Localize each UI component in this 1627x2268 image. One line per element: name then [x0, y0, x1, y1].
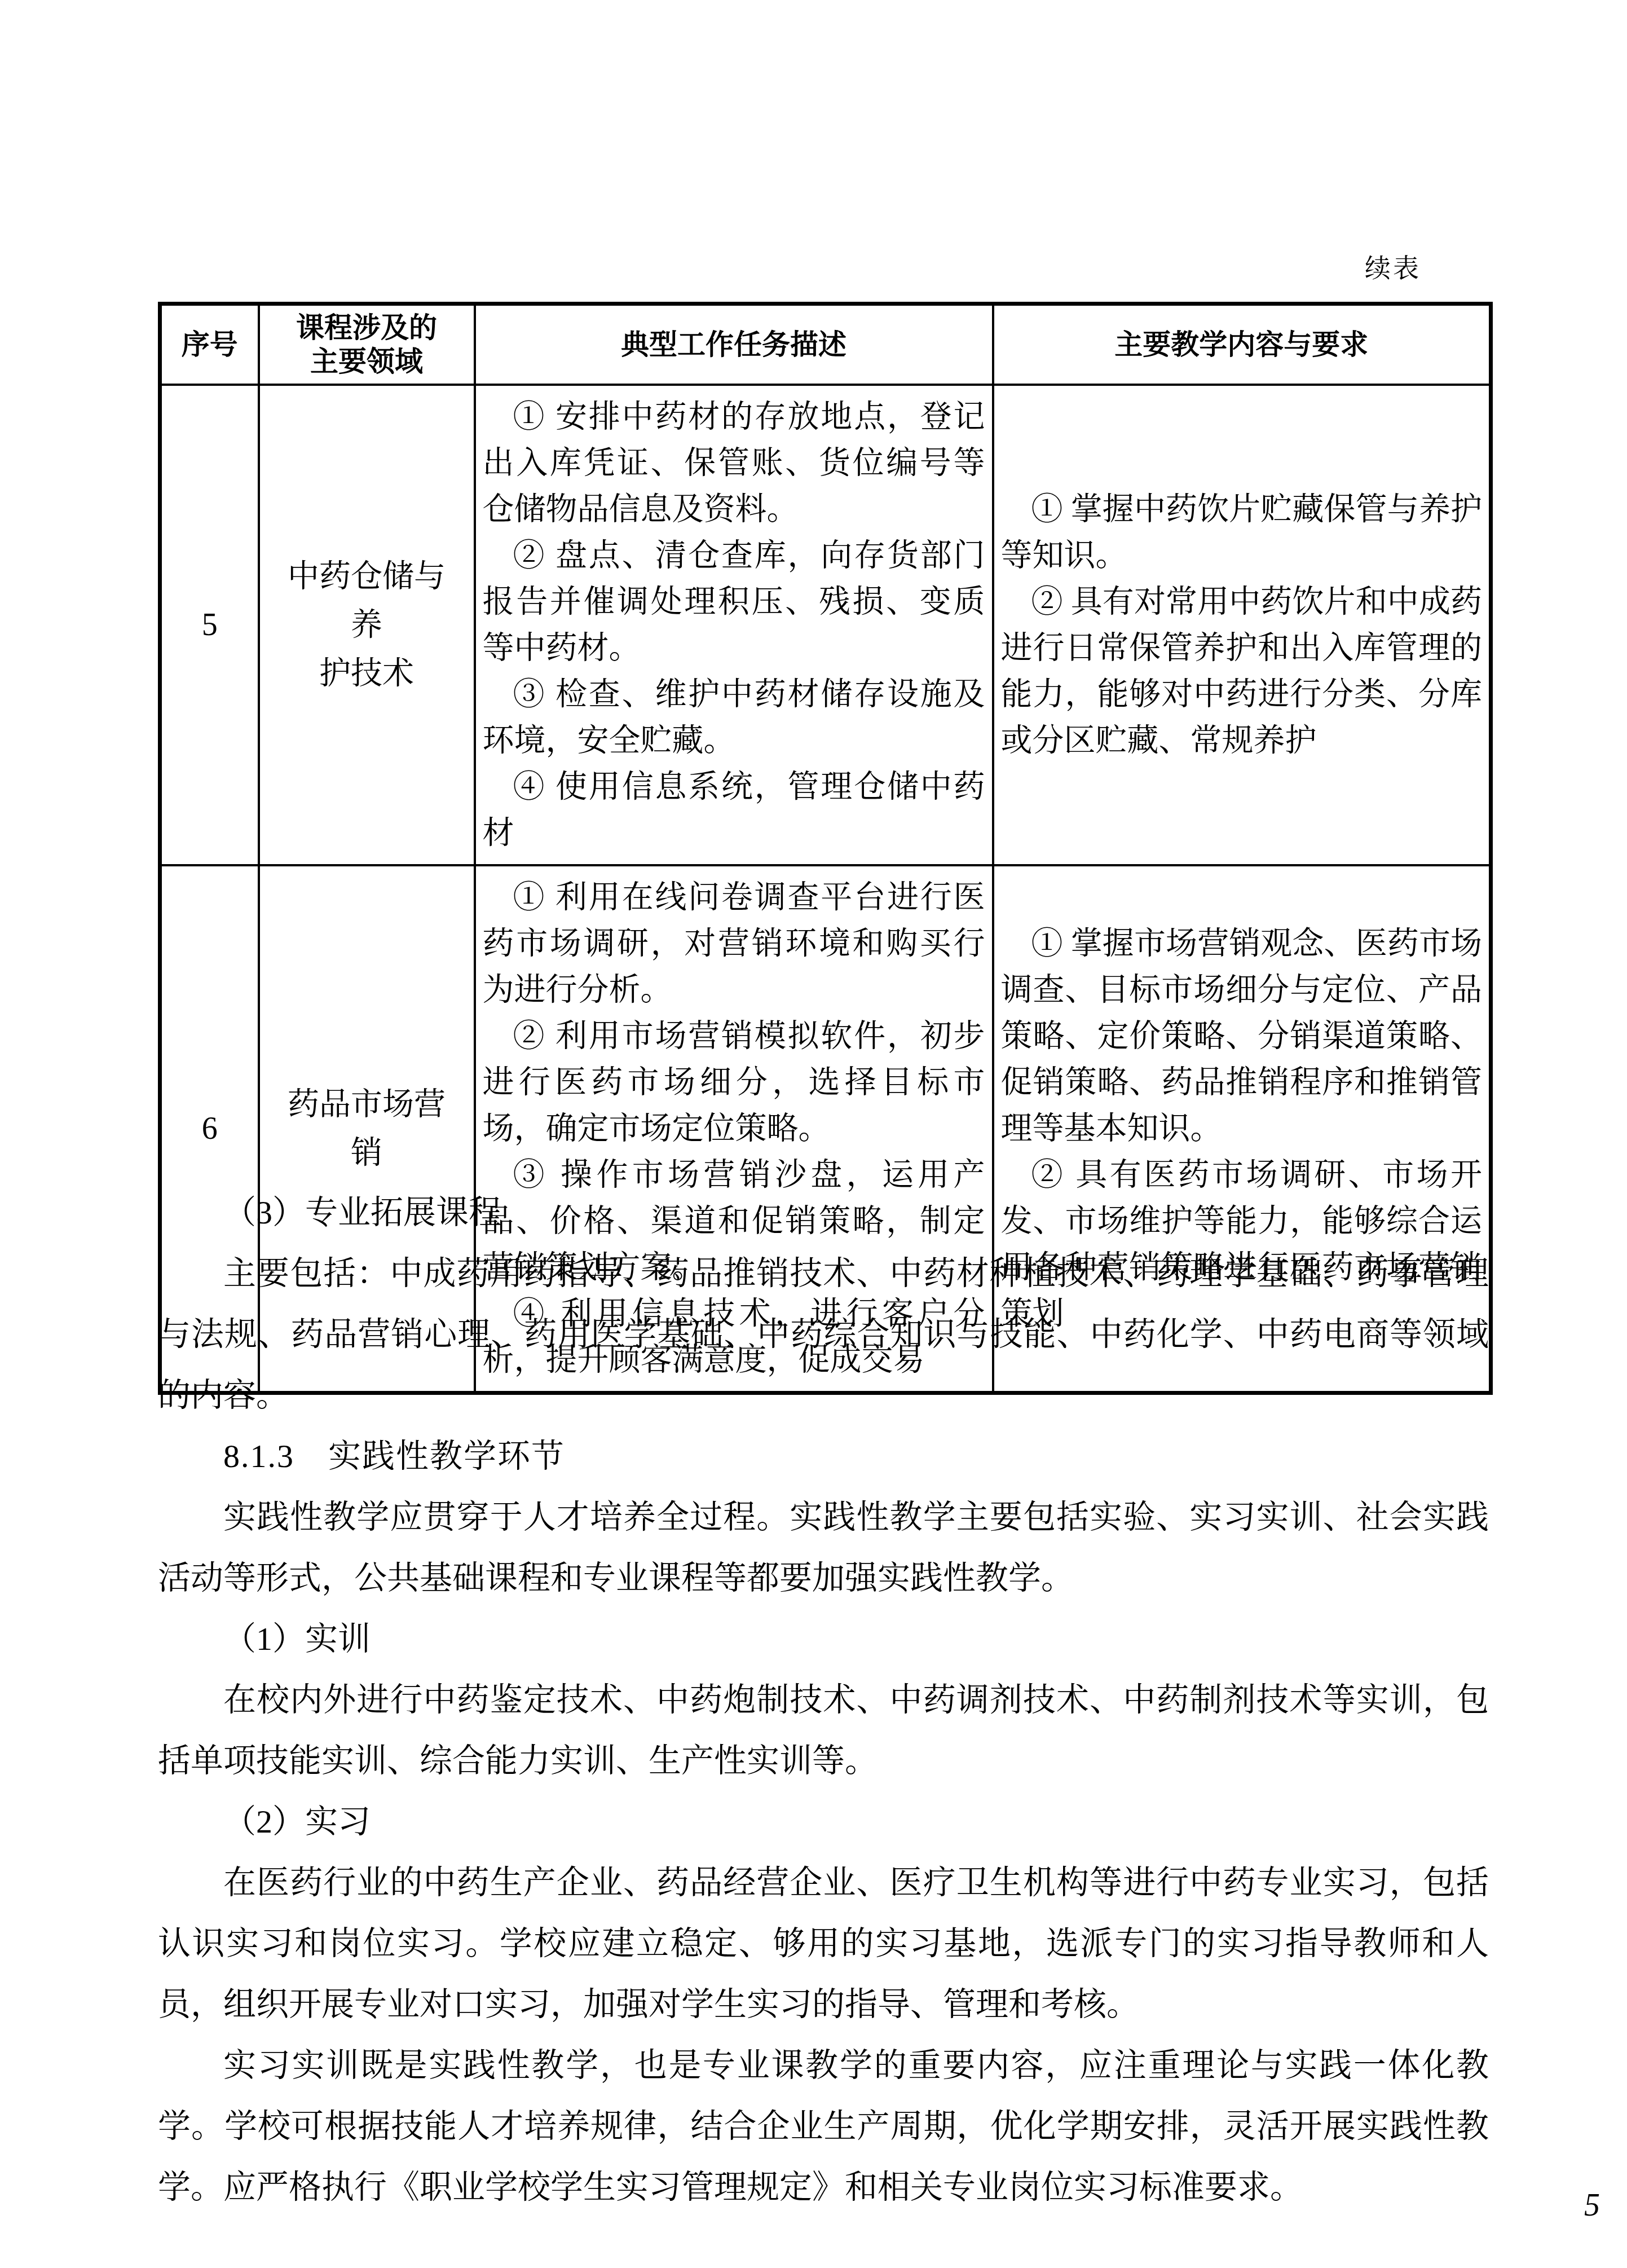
table-row: 5 中药仓储与养 护技术 ① 安排中药材的存放地点，登记出入库凭证、保管账、货位…: [160, 385, 1491, 865]
subsection-heading: （1）实训: [158, 1609, 1489, 1670]
header-typical-task: 典型工作任务描述: [475, 304, 993, 385]
row5-domain: 中药仓储与养 护技术: [259, 385, 475, 865]
table-header-row: 序号 课程涉及的 主要领域 典型工作任务描述 主要教学内容与要求: [160, 304, 1491, 385]
document-page: 续表 序号 课程涉及的 主要领域 典型工作任务描述: [0, 0, 1627, 2268]
requirement-item: ② 具有对常用中药饮片和中成药进行日常保管养护和出入库管理的能力，能够对中药进行…: [1001, 579, 1483, 764]
body-paragraph: 主要包括：中成药用药指导、药品推销技术、中药材种植技术、药理学基础、药事管理与法…: [158, 1243, 1489, 1426]
task-item: ② 盘点、清仓查库，向存货部门报告并催调处理积压、残损、变质等中药材。: [483, 532, 985, 671]
section-heading-8-1-3: 8.1.3 实践性教学环节: [158, 1426, 1489, 1487]
row5-requirements: ① 掌握中药饮片贮藏保管与养护等知识。 ② 具有对常用中药饮片和中成药进行日常保…: [993, 385, 1491, 865]
row5-serial: 5: [160, 385, 259, 865]
task-item: ② 利用市场营销模拟软件，初步进行医药市场细分，选择目标市场，确定市场定位策略。: [483, 1013, 985, 1152]
task-item: ③ 检查、维护中药材储存设施及环境，安全贮藏。: [483, 671, 985, 764]
task-item: ④ 使用信息系统，管理仓储中药材: [483, 764, 985, 856]
body-paragraph: 实习实训既是实践性教学，也是专业课教学的重要内容，应注重理论与实践一体化教学。学…: [158, 2035, 1489, 2218]
body-text: （3）专业拓展课程 主要包括：中成药用药指导、药品推销技术、中药材种植技术、药理…: [158, 1182, 1489, 2218]
header-course-domain: 课程涉及的 主要领域: [259, 304, 475, 385]
task-item: ① 安排中药材的存放地点，登记出入库凭证、保管账、货位编号等仓储物品信息及资料。: [483, 394, 985, 532]
subsection-heading: （3）专业拓展课程: [158, 1182, 1489, 1243]
body-paragraph: 实践性教学应贯穿于人才培养全过程。实践性教学主要包括实验、实习实训、社会实践活动…: [158, 1487, 1489, 1609]
header-teaching-content: 主要教学内容与要求: [993, 304, 1491, 385]
body-paragraph: 在校内外进行中药鉴定技术、中药炮制技术、中药调剂技术、中药制剂技术等实训，包括单…: [158, 1670, 1489, 1791]
task-item: ① 利用在线问卷调查平台进行医药市场调研，对营销环境和购买行为进行分析。: [483, 874, 985, 1013]
body-paragraph: 在医药行业的中药生产企业、药品经营企业、医疗卫生机构等进行中药专业实习，包括认识…: [158, 1852, 1489, 2035]
row5-tasks: ① 安排中药材的存放地点，登记出入库凭证、保管账、货位编号等仓储物品信息及资料。…: [475, 385, 993, 865]
subsection-heading: （2）实习: [158, 1791, 1489, 1852]
header-serial-number: 序号: [160, 304, 259, 385]
page-number: 5: [1584, 2187, 1600, 2223]
requirement-item: ① 掌握市场营销观念、医药市场调查、目标市场细分与定位、产品策略、定价策略、分销…: [1001, 921, 1483, 1152]
requirement-item: ① 掌握中药饮片贮藏保管与养护等知识。: [1001, 486, 1483, 579]
continuation-table-label: 续表: [1365, 254, 1421, 283]
